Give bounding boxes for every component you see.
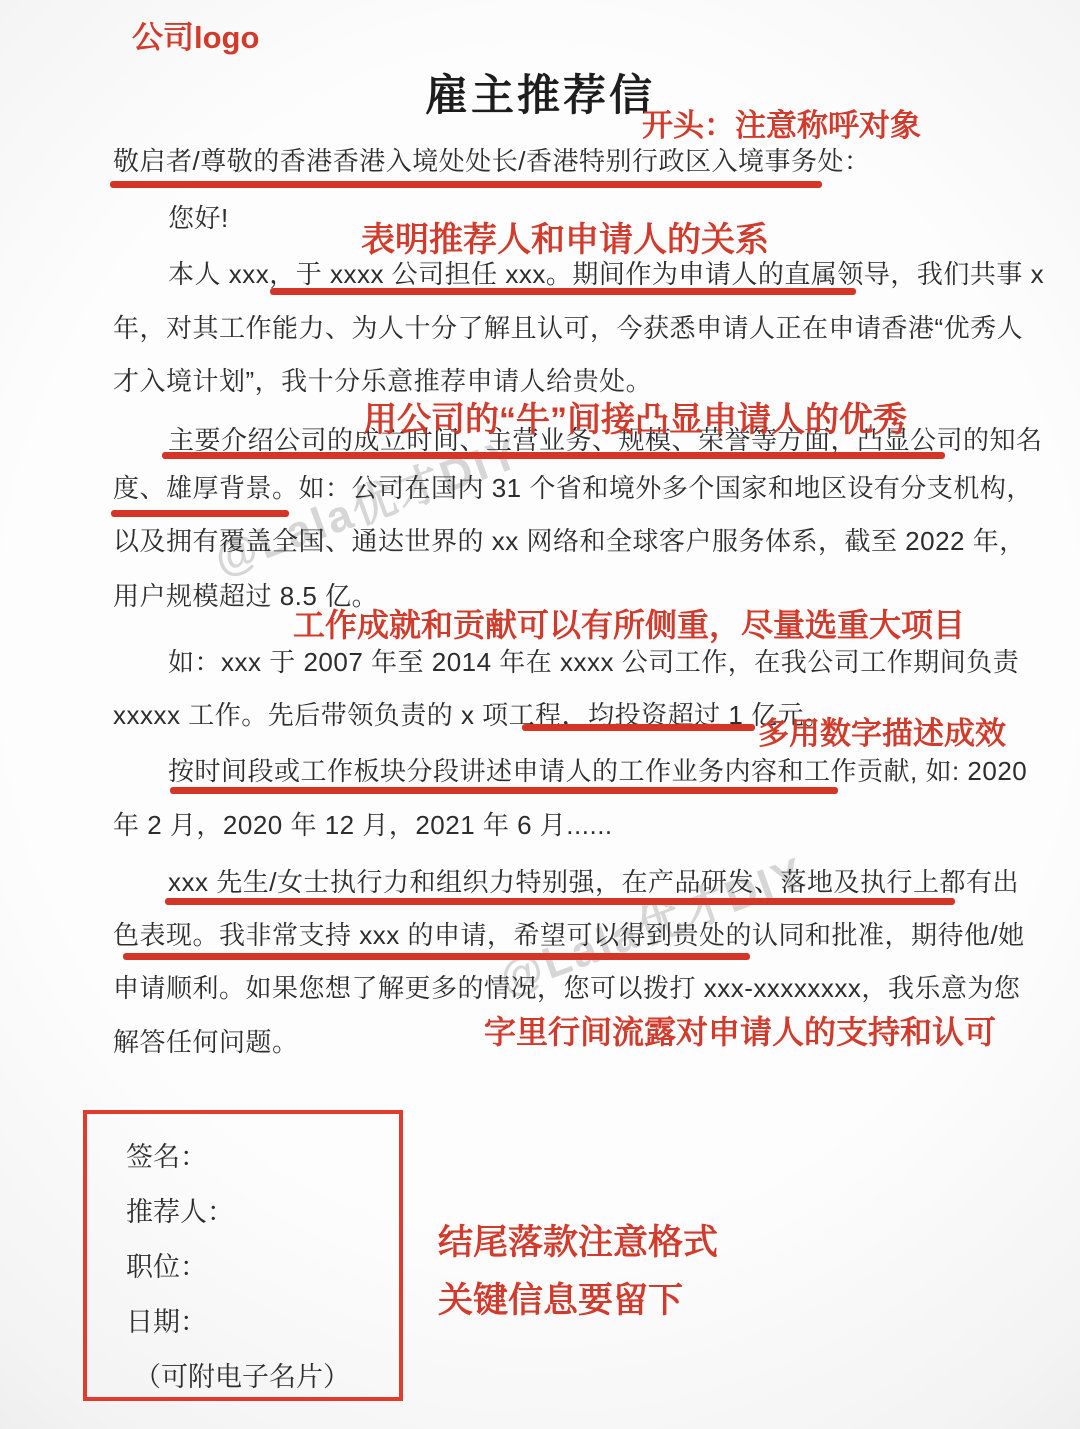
annotation-relationship: 表明推荐人和申请人的关系: [361, 212, 769, 261]
red-underline: [162, 452, 945, 459]
red-underline: [110, 181, 822, 188]
red-underline: [111, 510, 289, 517]
annotation-achievements: 工作成就和贡献可以有所侧重，尽量选重大项目: [293, 600, 965, 646]
signature-field-sign: 签名：: [126, 1135, 207, 1174]
company-logo-placeholder: 公司logo: [132, 12, 259, 57]
signature-field-position: 职位：: [126, 1245, 207, 1284]
letter-line: 度、雄厚背景。如：公司在国内 31 个省和境外多个国家和地区设有分支机构，: [113, 468, 993, 505]
annotation-company-strength: 用公司的“牛”间接凸显申请人的优秀: [363, 392, 907, 441]
red-underline: [270, 288, 856, 295]
signature-field-referrer: 推荐人：: [126, 1190, 234, 1229]
letter-line: 申请顺利。如果您想了解更多的情况，您可以拨打 xxx-xxxxxxxx，我乐意为…: [113, 968, 993, 1005]
letter-page: @Lala优才DIY @Lala优才DIY 公司logo 雇主推荐信 开头：注意…: [0, 0, 1080, 1429]
letter-line: xxx 先生/女士执行力和组织力特别强，在产品研发、落地及执行上都有出: [113, 862, 1048, 899]
signature-field-ecard-note: （可附电子名片）: [134, 1355, 350, 1394]
letter-line: 如：xxx 于 2007 年至 2014 年在 xxxx 公司工作，在我公司工作…: [113, 642, 1048, 679]
red-underline: [123, 953, 750, 960]
annotation-opening: 开头：注意称呼对象: [642, 100, 921, 145]
red-underline: [522, 724, 755, 731]
letter-line: 年，对其工作能力、为人十分了解且认可，今获悉申请人正在申请香港“优秀人: [113, 308, 993, 345]
annotation-numbers: 多用数字描述成效: [758, 708, 1006, 753]
letter-line: 年 2 月，2020 年 12 月，2021 年 6 月......: [113, 805, 993, 842]
signature-box: 签名： 推荐人： 职位： 日期： （可附电子名片）: [83, 1110, 403, 1401]
letter-line: 色表现。我非常支持 xxx 的申请，希望可以得到贵处的认同和批准，期待他/她: [113, 915, 993, 952]
red-underline: [170, 787, 838, 794]
signature-field-date: 日期：: [126, 1300, 207, 1339]
letter-line-salutation: 敬启者/尊敬的香港香港入境处处长/香港特别行政区入境事务处：: [113, 141, 993, 178]
annotation-support: 字里行间流露对申请人的支持和认可: [484, 1007, 996, 1053]
annotation-closing-1: 结尾落款注意格式: [438, 1215, 718, 1265]
letter-line: 按时间段或工作板块分段讲述申请人的工作业务内容和工作贡献, 如: 2020: [113, 751, 1048, 788]
red-underline: [165, 898, 955, 905]
letter-line: 以及拥有覆盖全国、通达世界的 xx 网络和全球客户服务体系，截至 2022 年，: [113, 521, 993, 558]
annotation-closing-2: 关键信息要留下: [438, 1273, 683, 1323]
